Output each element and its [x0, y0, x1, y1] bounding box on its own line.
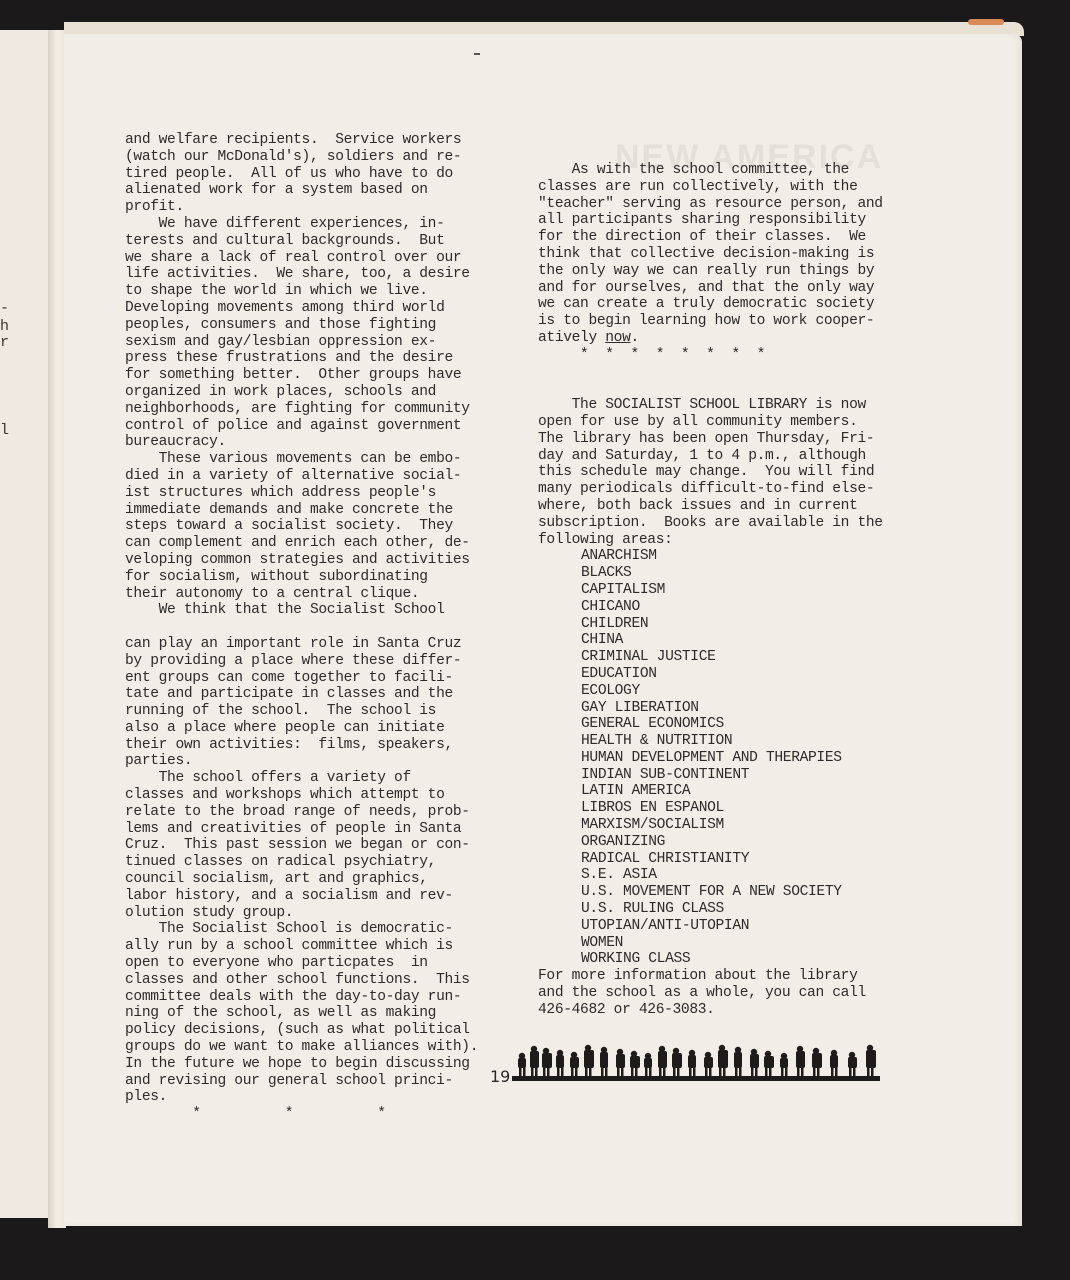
- text-line: the only way we can really run things by: [538, 263, 898, 280]
- paragraph: As with the school committee, theclasses…: [538, 162, 898, 347]
- text-line: to shape the world in which we live.: [125, 283, 475, 300]
- text-line: day and Saturday, 1 to 4 p.m., although: [538, 448, 898, 465]
- text-line: life activities. We share, too, a desire: [125, 266, 475, 283]
- text-line: [538, 380, 898, 397]
- text-line: These various movements can be embo-: [125, 451, 475, 468]
- text-line: can play an important role in Santa Cruz: [125, 636, 475, 653]
- text-line: by providing a place where these differ-: [125, 653, 475, 670]
- library-category-item: WOMEN: [581, 935, 898, 952]
- paragraph: We have different experiences, in-terest…: [125, 216, 475, 451]
- library-category-item: INDIAN SUB-CONTINENT: [581, 767, 898, 784]
- text-line: council socialism, art and graphics,: [125, 871, 475, 888]
- library-category-item: HUMAN DEVELOPMENT AND THERAPIES: [581, 750, 898, 767]
- text-line: where, both back issues and in current: [538, 498, 898, 515]
- text-line: The school offers a variety of: [125, 770, 475, 787]
- left-text-column: and welfare recipients. Service workers(…: [125, 132, 475, 1123]
- section-separator: * * * * * * * *: [538, 347, 898, 364]
- library-category-item: MARXISM/SOCIALISM: [581, 817, 898, 834]
- library-category-item: S.E. ASIA: [581, 867, 898, 884]
- text-line: tinued classes on radical psychiatry,: [125, 854, 475, 871]
- text-line: As with the school committee, the: [538, 162, 898, 179]
- text-line: bureaucracy.: [125, 434, 475, 451]
- paragraph: The Socialist School is democratic-ally …: [125, 921, 475, 1106]
- library-category-item: CHILDREN: [581, 616, 898, 633]
- text-line: ples.: [125, 1089, 475, 1106]
- text-line: ning of the school, as well as making: [125, 1005, 475, 1022]
- left-page-glyph: r: [0, 334, 9, 351]
- text-line: many periodicals difficult-to-find else-: [538, 481, 898, 498]
- library-category-item: WORKING CLASS: [581, 951, 898, 968]
- library-category-list: ANARCHISMBLACKSCAPITALISMCHICANOCHILDREN…: [538, 548, 898, 968]
- library-category-item: ANARCHISM: [581, 548, 898, 565]
- marching-crowd-silhouette-icon: [512, 1040, 880, 1082]
- text-line: is to begin learning how to work cooper-: [538, 313, 898, 330]
- text-line: for something better. Other groups have: [125, 367, 475, 384]
- library-category-item: BLACKS: [581, 565, 898, 582]
- text-line: their own activities: films, speakers,: [125, 737, 475, 754]
- text-line: labor history, and a socialism and rev-: [125, 888, 475, 905]
- text-line: for socialism, without subordinating: [125, 569, 475, 586]
- text-line: for the direction of their classes. We: [538, 229, 898, 246]
- text-line: tate and participate in classes and the: [125, 686, 475, 703]
- text-line: and revising our general school princi-: [125, 1073, 475, 1090]
- library-category-item: LIBROS EN ESPANOL: [581, 800, 898, 817]
- left-page-glyph: -: [0, 300, 9, 317]
- library-category-item: GAY LIBERATION: [581, 700, 898, 717]
- library-category-item: CAPITALISM: [581, 582, 898, 599]
- text-line: committee deals with the day-to-day run-: [125, 989, 475, 1006]
- text-line: following areas:: [538, 532, 898, 549]
- text-line: For more information about the library: [538, 968, 898, 985]
- right-text-column: As with the school committee, theclasses…: [538, 162, 898, 1019]
- text-line: organized in work places, schools and: [125, 384, 475, 401]
- emphasized-word: now: [605, 330, 630, 346]
- text-line: parties.: [125, 753, 475, 770]
- text-line: classes and other school functions. This: [125, 972, 475, 989]
- text-line: press these frustrations and the desire: [125, 350, 475, 367]
- text-line: think that collective decision-making is: [538, 246, 898, 263]
- closing-paragraph: For more information about the libraryan…: [538, 968, 898, 1018]
- text-line: classes and workshops which attempt to: [125, 787, 475, 804]
- text-line: sexism and gay/lesbian oppression ex-: [125, 334, 475, 351]
- text-line: we can create a truly democratic society: [538, 296, 898, 313]
- left-facing-page: - h r l: [0, 30, 50, 1218]
- text-line: policy decisions, (such as what politica…: [125, 1022, 475, 1039]
- library-category-item: ECOLOGY: [581, 683, 898, 700]
- text-line: (watch our McDonald's), soldiers and re-: [125, 149, 475, 166]
- text-line: terests and cultural backgrounds. But: [125, 233, 475, 250]
- text-line: ist structures which address people's: [125, 485, 475, 502]
- text-line: steps toward a socialist society. They: [125, 518, 475, 535]
- text-line: and for ourselves, and that the only way: [538, 280, 898, 297]
- text-line: Cruz. This past session we began or con-: [125, 837, 475, 854]
- text-line: we share a lack of real control over our: [125, 250, 475, 267]
- library-category-item: GENERAL ECONOMICS: [581, 716, 898, 733]
- page-mark: [474, 53, 480, 55]
- library-category-item: UTOPIAN/ANTI-UTOPIAN: [581, 918, 898, 935]
- left-page-glyph: l: [0, 422, 9, 439]
- text-line: alienated work for a system based on: [125, 182, 475, 199]
- text-line: [538, 364, 898, 381]
- page-number: 19: [490, 1067, 510, 1086]
- library-category-item: ORGANIZING: [581, 834, 898, 851]
- text-line: olution study group.: [125, 905, 475, 922]
- paragraph: These various movements can be embo-died…: [125, 451, 475, 602]
- text-line: their autonomy to a central clique.: [125, 586, 475, 603]
- text-line: relate to the broad range of needs, prob…: [125, 804, 475, 821]
- paragraph: The school offers a variety ofclasses an…: [125, 770, 475, 921]
- library-paragraph: The SOCIALIST SCHOOL LIBRARY is nowopen …: [538, 397, 898, 548]
- text-line: atively now.: [538, 330, 898, 347]
- text-line: groups do we want to make alliances with…: [125, 1039, 475, 1056]
- text-line: ally run by a school committee which is: [125, 938, 475, 955]
- text-line: running of the school. The school is: [125, 703, 475, 720]
- text-line: classes are run collectively, with the: [538, 179, 898, 196]
- text-line: this schedule may change. You will find: [538, 464, 898, 481]
- library-category-item: U.S. MOVEMENT FOR A NEW SOCIETY: [581, 884, 898, 901]
- text-line: died in a variety of alternative social-: [125, 468, 475, 485]
- text-line: subscription. Books are available in the: [538, 515, 898, 532]
- page-tab-marker: [968, 19, 1004, 25]
- text-line: lems and creativities of people in Santa: [125, 821, 475, 838]
- text-line: ent groups can come together to facili-: [125, 670, 475, 687]
- text-line: open to everyone who particpates in: [125, 955, 475, 972]
- library-category-item: LATIN AMERICA: [581, 783, 898, 800]
- text-line: and the school as a whole, you can call: [538, 985, 898, 1002]
- text-line: profit.: [125, 199, 475, 216]
- library-category-item: CHINA: [581, 632, 898, 649]
- text-line: open for use by all community members.: [538, 414, 898, 431]
- text-line: The library has been open Thursday, Fri-: [538, 431, 898, 448]
- text-line: and welfare recipients. Service workers: [125, 132, 475, 149]
- text-line: [125, 619, 475, 636]
- text-line: all participants sharing responsibility: [538, 212, 898, 229]
- text-line: 426-4682 or 426-3083.: [538, 1002, 898, 1019]
- text-line: In the future we hope to begin discussin…: [125, 1056, 475, 1073]
- library-category-item: U.S. RULING CLASS: [581, 901, 898, 918]
- text-line: tired people. All of us who have to do: [125, 166, 475, 183]
- text-line: control of police and against government: [125, 418, 475, 435]
- library-category-item: RADICAL CHRISTIANITY: [581, 851, 898, 868]
- text-line: The Socialist School is democratic-: [125, 921, 475, 938]
- text-line: veloping common strategies and activitie…: [125, 552, 475, 569]
- text-line: neighborhoods, are fighting for communit…: [125, 401, 475, 418]
- section-separator: * * *: [125, 1106, 475, 1123]
- library-category-item: CRIMINAL JUSTICE: [581, 649, 898, 666]
- text-line: immediate demands and make concrete the: [125, 502, 475, 519]
- paragraph: and welfare recipients. Service workers(…: [125, 132, 475, 216]
- library-category-item: EDUCATION: [581, 666, 898, 683]
- text-line: We think that the Socialist School: [125, 602, 475, 619]
- paragraph: We think that the Socialist School can p…: [125, 602, 475, 770]
- text-line: peoples, consumers and those fighting: [125, 317, 475, 334]
- left-page-glyph: h: [0, 318, 9, 335]
- text-line: also a place where people can initiate: [125, 720, 475, 737]
- text-line: "teacher" serving as resource person, an…: [538, 196, 898, 213]
- text-line: We have different experiences, in-: [125, 216, 475, 233]
- library-category-item: CHICANO: [581, 599, 898, 616]
- text-line: Developing movements among third world: [125, 300, 475, 317]
- text-line: The SOCIALIST SCHOOL LIBRARY is now: [538, 397, 898, 414]
- library-category-item: HEALTH & NUTRITION: [581, 733, 898, 750]
- text-line: can complement and enrich each other, de…: [125, 535, 475, 552]
